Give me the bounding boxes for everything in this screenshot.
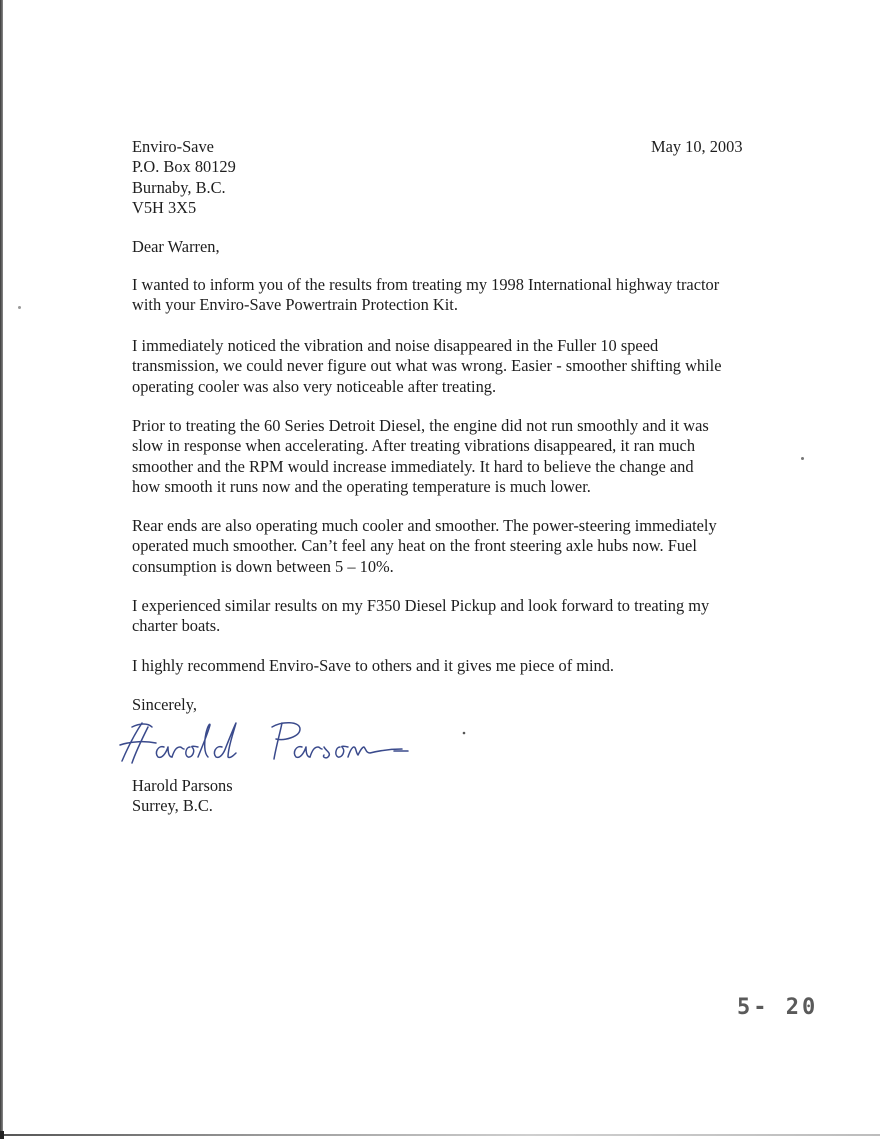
paragraph: Prior to treating the 60 Series Detroit … bbox=[132, 416, 772, 498]
scan-corner-mark bbox=[0, 1131, 4, 1139]
handwritten-signature bbox=[112, 713, 472, 775]
paragraph-line: I wanted to inform you of the results fr… bbox=[132, 275, 772, 295]
paragraph-line: I highly recommend Enviro-Save to others… bbox=[132, 656, 772, 676]
paragraph-line: how smooth it runs now and the operating… bbox=[132, 477, 772, 497]
scanned-letter-page: Enviro-Save P.O. Box 80129 Burnaby, B.C.… bbox=[0, 0, 880, 1139]
address-line: Burnaby, B.C. bbox=[132, 178, 236, 198]
scan-speck bbox=[801, 457, 804, 460]
scan-left-edge bbox=[0, 0, 3, 1139]
paragraph: Rear ends are also operating much cooler… bbox=[132, 516, 772, 577]
paragraph-line: I immediately noticed the vibration and … bbox=[132, 336, 772, 356]
paragraph: I experienced similar results on my F350… bbox=[132, 596, 772, 637]
paragraph-line: consumption is down between 5 – 10%. bbox=[132, 557, 772, 577]
signer-location: Surrey, B.C. bbox=[132, 796, 233, 816]
address-line: Enviro-Save bbox=[132, 137, 236, 157]
salutation: Dear Warren, bbox=[132, 237, 220, 257]
signer-name: Harold Parsons bbox=[132, 776, 233, 796]
paragraph: I wanted to inform you of the results fr… bbox=[132, 275, 772, 316]
paragraph-line: charter boats. bbox=[132, 616, 772, 636]
letter-date: May 10, 2003 bbox=[651, 137, 743, 157]
paragraph-line: with your Enviro-Save Powertrain Protect… bbox=[132, 295, 772, 315]
paragraph: I highly recommend Enviro-Save to others… bbox=[132, 656, 772, 676]
paragraph-line: I experienced similar results on my F350… bbox=[132, 596, 772, 616]
paragraph: I immediately noticed the vibration and … bbox=[132, 336, 772, 397]
paragraph-line: Prior to treating the 60 Series Detroit … bbox=[132, 416, 772, 436]
recipient-address: Enviro-Save P.O. Box 80129 Burnaby, B.C.… bbox=[132, 137, 236, 219]
signer-block: Harold Parsons Surrey, B.C. bbox=[132, 776, 233, 817]
paragraph-line: slow in response when accelerating. Afte… bbox=[132, 436, 772, 456]
scan-bottom-edge bbox=[0, 1134, 880, 1136]
paragraph-line: transmission, we could never figure out … bbox=[132, 356, 772, 376]
page-number: 5- 20 bbox=[737, 995, 818, 1020]
paragraph-line: operating cooler was also very noticeabl… bbox=[132, 377, 772, 397]
paragraph-line: Rear ends are also operating much cooler… bbox=[132, 516, 772, 536]
address-line: P.O. Box 80129 bbox=[132, 157, 236, 177]
address-line: V5H 3X5 bbox=[132, 198, 236, 218]
paragraph-line: operated much smoother. Can’t feel any h… bbox=[132, 536, 772, 556]
paragraph-line: smoother and the RPM would increase imme… bbox=[132, 457, 772, 477]
scan-speck bbox=[18, 306, 21, 309]
